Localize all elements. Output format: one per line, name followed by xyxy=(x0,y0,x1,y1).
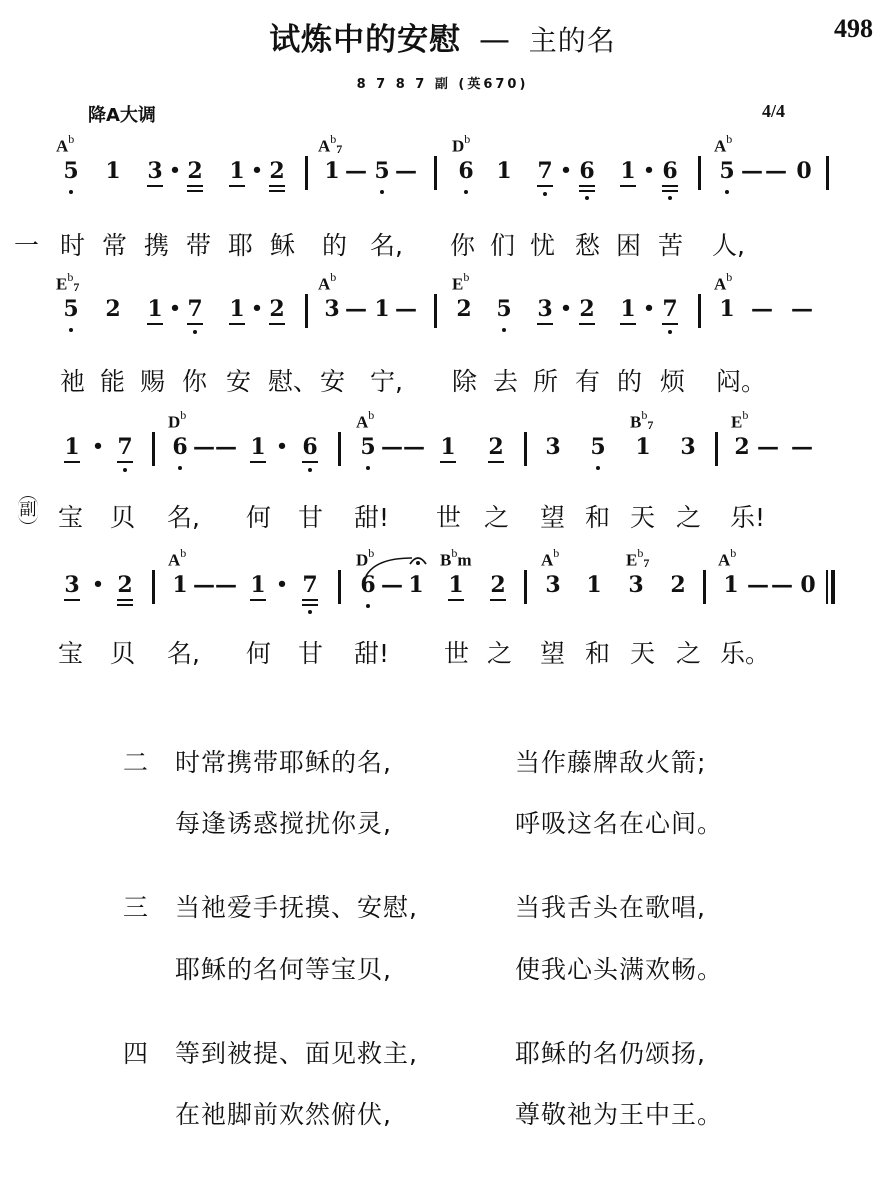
note: 5 xyxy=(61,296,81,322)
note: 6 xyxy=(660,158,680,184)
barline xyxy=(305,156,308,190)
note: 1 xyxy=(618,158,638,184)
chord-symbol: Ab xyxy=(714,134,732,157)
dash: — xyxy=(344,296,368,322)
dash: — xyxy=(402,434,426,460)
note: 5 xyxy=(372,158,392,184)
barline xyxy=(826,156,829,190)
dash: — xyxy=(740,158,764,184)
dot: • xyxy=(88,572,108,598)
note: 3 xyxy=(543,434,563,460)
dash: — xyxy=(394,296,418,322)
note: 7 xyxy=(535,158,555,184)
note: 3 xyxy=(543,572,563,598)
barline xyxy=(715,432,718,466)
note: 2 xyxy=(577,296,597,322)
dash: — xyxy=(192,572,216,598)
note: 2 xyxy=(668,572,688,598)
note: 1 xyxy=(145,296,165,322)
verse-number: 四 xyxy=(123,1034,148,1070)
chord-symbol: Ab xyxy=(56,134,74,157)
dash: — xyxy=(214,572,238,598)
chord-symbol: Db xyxy=(452,134,470,157)
verse-number: 二 xyxy=(123,743,148,779)
dot: • xyxy=(639,158,659,184)
barline xyxy=(524,432,527,466)
chord-symbol: Ab xyxy=(168,548,186,571)
note: 1 xyxy=(584,572,604,598)
chord-symbol: Db xyxy=(168,410,186,433)
note: 2 xyxy=(267,296,287,322)
note: 1 xyxy=(717,296,737,322)
dash: — xyxy=(790,296,814,322)
note: 5 xyxy=(588,434,608,460)
chord-symbol: Bbm xyxy=(440,548,472,571)
note: 2 xyxy=(488,572,508,598)
dash: — xyxy=(790,434,814,460)
barline xyxy=(434,156,437,190)
chord-symbol: Ab xyxy=(541,548,559,571)
note: 1 xyxy=(62,434,82,460)
barline xyxy=(152,570,155,604)
note: 5 xyxy=(61,158,81,184)
note: 5 xyxy=(494,296,514,322)
final-barline xyxy=(826,570,835,604)
barline xyxy=(698,294,701,328)
dash: — xyxy=(746,572,770,598)
dash: — xyxy=(380,434,404,460)
note: 1 xyxy=(721,572,741,598)
note: 1 xyxy=(438,434,458,460)
note: 3 xyxy=(626,572,646,598)
note: 2 xyxy=(115,572,135,598)
note: 5 xyxy=(358,434,378,460)
chord-symbol: Ab xyxy=(356,410,374,433)
note: 7 xyxy=(300,572,320,598)
note: 3 xyxy=(322,296,342,322)
barline xyxy=(338,432,341,466)
barline xyxy=(703,570,706,604)
note: 7 xyxy=(115,434,135,460)
note: 1 xyxy=(372,296,392,322)
chord-symbol: Ab7 xyxy=(318,134,342,160)
barline xyxy=(338,570,341,604)
lyrics-line-2: 祂 能 赐 你 安 慰、 安 宁, 除 去 所 有 的 烦 闷。 xyxy=(0,362,885,402)
note: 7 xyxy=(660,296,680,322)
note: 2 xyxy=(103,296,123,322)
note: 1 xyxy=(618,296,638,322)
note: 3 xyxy=(62,572,82,598)
key-signature: 降A大调 xyxy=(88,101,156,127)
chord-symbol: Ab xyxy=(718,548,736,571)
note: 1 xyxy=(248,434,268,460)
note: 1 xyxy=(248,572,268,598)
time-signature: 4/4 xyxy=(762,101,785,122)
dash: — xyxy=(192,434,216,460)
dot: • xyxy=(88,434,108,460)
note: 1 xyxy=(633,434,653,460)
lyrics-line-4: 宝 贝 名, 何 甘 甜! 世 之 望 和 天 之 乐。 xyxy=(0,634,885,674)
hymn-number: 498 xyxy=(834,14,873,44)
dot: • xyxy=(639,296,659,322)
note: 5 xyxy=(717,158,737,184)
dash: — xyxy=(394,158,418,184)
dot: • xyxy=(165,296,185,322)
note: 2 xyxy=(454,296,474,322)
notation-system-2: Eb7 5 2 1 • 7 1 • 2 Ab 3 — 1 — Eb 2 5 3 … xyxy=(0,276,885,332)
barline xyxy=(698,156,701,190)
note: 3 xyxy=(145,158,165,184)
note: 6 xyxy=(170,434,190,460)
verse-number: 三 xyxy=(123,888,148,924)
note: 2 xyxy=(267,158,287,184)
dot: • xyxy=(247,158,267,184)
dash: — xyxy=(380,572,404,598)
dot: • xyxy=(556,158,576,184)
chord-symbol: Eb7 xyxy=(626,548,649,574)
note: 2 xyxy=(185,158,205,184)
notation-system-3: 1 • 7 Db 6 — — 1 • 6 Ab 5 — — 1 2 3 5 Bb… xyxy=(0,414,885,470)
note: 1 xyxy=(406,572,426,598)
chord-symbol: Bb7 xyxy=(630,410,653,436)
dash: — xyxy=(764,158,788,184)
chorus-label: 副 xyxy=(18,496,38,524)
chord-symbol: Eb7 xyxy=(56,272,79,298)
lyrics-line-1: 一 时 常 携 带 耶 稣 的 名, 你 们 忧 愁 困 苦 人, xyxy=(0,226,885,266)
dot: • xyxy=(272,434,292,460)
note: 3 xyxy=(678,434,698,460)
dash: — xyxy=(750,296,774,322)
note: 0 xyxy=(798,572,818,598)
title-main: 试炼中的安慰 xyxy=(269,22,461,58)
note: 1 xyxy=(322,158,342,184)
note: 6 xyxy=(577,158,597,184)
dash: — xyxy=(770,572,794,598)
barline xyxy=(434,294,437,328)
note: 2 xyxy=(486,434,506,460)
dash: — xyxy=(756,434,780,460)
notation-system-1: Ab 5 1 3 • 2 1 • 2 Ab7 1 — 5 — Db 6 1 7 … xyxy=(0,138,885,194)
meter-info: 8 7 8 7 副 (英670) xyxy=(0,73,885,92)
note: 1 xyxy=(103,158,123,184)
dot: • xyxy=(272,572,292,598)
note: 6 xyxy=(300,434,320,460)
note: 6 xyxy=(456,158,476,184)
verse-number: 一 xyxy=(14,226,39,262)
note: 3 xyxy=(535,296,555,322)
dot: • xyxy=(165,158,185,184)
barline xyxy=(305,294,308,328)
barline xyxy=(524,570,527,604)
dot: • xyxy=(556,296,576,322)
barline xyxy=(152,432,155,466)
chord-symbol: Ab xyxy=(714,272,732,295)
note: 0 xyxy=(794,158,814,184)
note: 2 xyxy=(732,434,752,460)
dot: • xyxy=(247,296,267,322)
note: 1 xyxy=(227,158,247,184)
note: 1 xyxy=(494,158,514,184)
note: 1 xyxy=(446,572,466,598)
chord-symbol: Ab xyxy=(318,272,336,295)
note: 1 xyxy=(170,572,190,598)
note: 6 xyxy=(358,572,378,598)
hymn-title: 试炼中的安慰 — 主的名 xyxy=(0,14,885,59)
dash: — xyxy=(214,434,238,460)
dash: — xyxy=(344,158,368,184)
lyrics-line-3: 副 宝 贝 名, 何 甘 甜! 世 之 望 和 天 之 乐! xyxy=(0,498,885,538)
chord-symbol: Eb xyxy=(731,410,748,433)
note: 1 xyxy=(227,296,247,322)
notation-system-4: 3 • 2 Ab 1 — — 1 • 7 Db 6 — 1 Bbm 1 2 Ab… xyxy=(0,552,885,608)
title-subtitle: 主的名 xyxy=(529,24,616,57)
note: 7 xyxy=(185,296,205,322)
chord-symbol: Eb xyxy=(452,272,469,295)
title-dash: — xyxy=(479,22,511,58)
